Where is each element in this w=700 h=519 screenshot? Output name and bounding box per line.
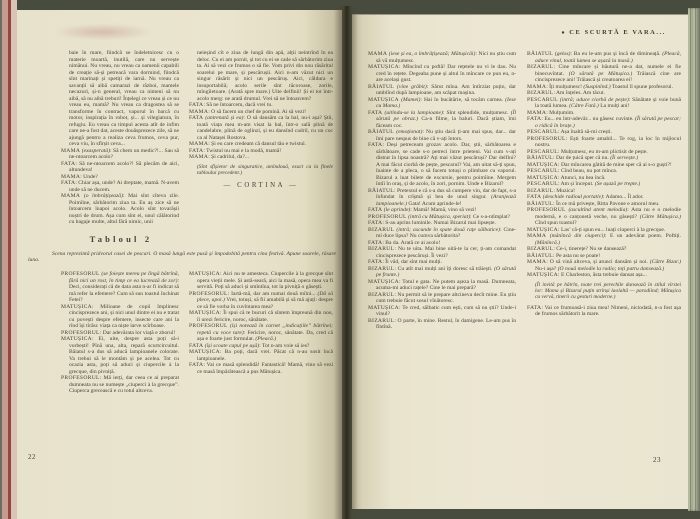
- speaker-name: PESCARUL: [527, 97, 558, 103]
- speaker-name: BĂIATUL: [527, 201, 553, 207]
- dialogue-entry: MAMA: Și cadrilul, da?...: [189, 154, 333, 161]
- running-header-title: CE SCURTĂ E VARA...: [569, 29, 666, 36]
- dialogue-entry: BIZARUL: Nu permit să le prepare altcine…: [368, 292, 516, 305]
- speaker-name: BIZARUL: [368, 266, 394, 272]
- dialogue-entry: MATUȘICA: Îi spui că te bucuri că sîntem…: [189, 310, 333, 323]
- speaker-name: MAMA: [527, 110, 546, 116]
- cover-edge: [0, 0, 17, 519]
- dialogue-entry: MAMA (o îmbrățișează): Mai sînt cîteva z…: [61, 193, 179, 226]
- speaker-name: BĂIATUL: [368, 188, 394, 194]
- dialogue-entry: FATA: Să ne-ntoarcem acolo?! Să plecăm d…: [61, 161, 179, 174]
- dialogue-list: MATUȘICA: Aici nu te amesteca. Ciupercil…: [189, 271, 333, 375]
- dialogue-entry: MAMA (iese și ea, o îmbrățișează; Mătuși…: [368, 51, 516, 64]
- speaker-name: MATUȘICA: [527, 272, 558, 278]
- dialogue-entry: MAMA (exasperată): Să chem un medic?!...…: [61, 148, 179, 161]
- monologue-continuation: neieșind cît e ziua de lungă din apă, al…: [197, 50, 333, 102]
- speaker-name: PROFESORUL: [61, 271, 100, 277]
- speaker-name: BĂIATUL: [527, 253, 553, 259]
- header-bullet-icon: ●: [561, 30, 566, 36]
- dialogue-entry: PROFESORUL (își notează în carnet „indic…: [189, 323, 333, 343]
- speaker-name: PESCARUL: [527, 181, 558, 187]
- speaker-name: PROFESORUL: [189, 323, 228, 329]
- dialogue-entry: BIZARUL: O parte, în mine. Restul, în da…: [368, 318, 516, 331]
- dialogue-entry: BIZARUL (intră; ascunde în spate două ra…: [368, 227, 516, 240]
- page-number-left: 22: [28, 453, 36, 461]
- speaker-name: PROFESORUL: [527, 207, 566, 213]
- stage-direction: Scena reprezintă pridvorul casei de pesc…: [28, 251, 336, 265]
- speaker-name: FATA: [368, 207, 382, 213]
- scene-heading: Tabloul 2: [75, 234, 167, 244]
- right-page: ●CE SCURTĂ E VARA... MAMA (iese și ea, o…: [352, 14, 688, 509]
- speaker-name: MATUȘICA: [189, 310, 220, 316]
- stage-note: (Sînt sfîșietor de singuratice, amîndouă…: [197, 164, 333, 177]
- dialogue-entry: BĂIATUL (vine grăbit): Sărut mîna. Am în…: [368, 84, 516, 97]
- dialogue-entry: MAMA (mănîncă din ciuperci): E un adevăr…: [527, 233, 681, 246]
- dialogue-entry: MATUȘICA: E Charleston, ăsta trebuie dan…: [527, 272, 681, 279]
- speaker-name: MAMA: [527, 259, 546, 265]
- dialogue-list: FATA: Să ne întoarcem, dacă vrei tu.MAMA…: [189, 102, 333, 161]
- dialogue-list: FATA: Vai ce frumoasă-i ziua mea! Nimeni…: [527, 305, 681, 318]
- speaker-name: FATA: [368, 142, 382, 148]
- library-stamp: [55, 24, 151, 40]
- speaker-name: FATA: [368, 240, 382, 246]
- dialogue-list: BĂIATUL (gelos): Ba eu le-am pus și încă…: [527, 51, 681, 279]
- speaker-name: BIZARUL: [368, 292, 394, 298]
- speaker-name: FATA: [189, 115, 203, 121]
- running-header: ●CE SCURTĂ E VARA...: [561, 29, 666, 36]
- speaker-name: MATUȘICA: [61, 304, 92, 310]
- dialogue-entry: MATUȘICA: Mîncînd cu poftă! Dar rețetele…: [368, 64, 516, 84]
- dialogue-list: MAMA (iese și ea, o îmbrățișează; Mătuși…: [368, 51, 516, 331]
- speaker-name: FATA: [189, 362, 203, 368]
- speaker-name: PROFESORUL: [189, 291, 228, 297]
- speaker-name: MAMA: [189, 109, 208, 115]
- speaker-name: PESCARUL: [527, 168, 558, 174]
- speaker-name: BĂIATUL: [368, 84, 394, 90]
- dialogue-entry: MATUȘICA: Ei, uite, despre asta poți să-…: [61, 336, 179, 375]
- left-page: baie în mare, fiindcă se îndeletnicesc c…: [17, 10, 342, 519]
- speaker-name: BIZARUL: [527, 246, 553, 252]
- dialogue-entry: FATA (uitîndu-se la lampioane): Sînt spl…: [368, 110, 516, 130]
- speaker-name: MAMA: [527, 84, 546, 90]
- speaker-name: MAMA: [189, 141, 208, 147]
- speaker-name: FATA: [189, 148, 203, 154]
- speaker-name: BIZARUL: [527, 90, 553, 96]
- speaker-name: MAMA: [368, 51, 387, 57]
- speaker-name: MATUȘICA: [368, 64, 399, 70]
- speaker-name: FATA: [61, 180, 75, 186]
- left-column-1: baie în mare, fiindcă se îndeletnicesc c…: [61, 50, 179, 226]
- speaker-name: FATA: [368, 110, 382, 116]
- speaker-name: FATA: [368, 259, 382, 265]
- left-column-2-scene2: MATUȘICA: Aici nu te amesteca. Ciupercil…: [189, 271, 333, 375]
- speaker-name: MATUȘICA: [61, 336, 92, 342]
- speaker-name: MAMA: [189, 154, 208, 160]
- dialogue-entry: MATUȘICA: Te cred, sălbatic cum ești, cu…: [368, 305, 516, 318]
- dialogue-entry: BIZARUL: Cine mîncare și băutură ne-a da…: [527, 64, 681, 84]
- speaker-name: FATA: [189, 343, 203, 349]
- dialogue-entry: FATA: Chiar așa, unde? Ai dreptate, mamă…: [61, 180, 179, 193]
- dialogue-entry: MAMA: O să vină altceva, și atunci dansă…: [527, 259, 681, 272]
- page-stack-edge: [688, 8, 700, 511]
- speaker-name: MATUȘICA: [527, 227, 558, 233]
- speaker-name: PESCARUL: [527, 129, 558, 135]
- dialogue-entry: PROFESORUL (ascultînd atent melodia): As…: [527, 207, 681, 227]
- right-column-1: MAMA (iese și ea, o îmbrățișează; Mătuși…: [368, 51, 516, 331]
- speaker-name: BIZARUL: [368, 318, 394, 324]
- left-column-2: neieșind cît e ziua de lungă din apă, al…: [189, 50, 333, 190]
- speaker-name: FATA: [527, 305, 541, 311]
- dialogue-entry: PESCARUL (intră; aduce ciorbă de pește):…: [527, 97, 681, 110]
- dialogue-entry: MATUȘICA: Totul e gata. Ne putem așeza l…: [368, 279, 516, 292]
- right-page-text: MAMA (iese și ea, o îmbrățișează; Mătuși…: [368, 51, 681, 331]
- speaker-name: MAMA: [61, 174, 80, 180]
- speaker-name: FATA: [527, 194, 541, 200]
- curtain-marker: — CORTINA —: [189, 183, 333, 190]
- speaker-name: BĂIATUL: [527, 51, 553, 57]
- speaker-name: PESCARUL: [527, 149, 558, 155]
- speaker-name: MATUȘICA: [527, 175, 558, 181]
- speaker-name: PROFESORUL: [527, 136, 566, 142]
- dialogue-entry: MATUȘICA (Mamei): Hai în bucătărie, să t…: [368, 97, 516, 110]
- speaker-name: FATA: [527, 116, 541, 122]
- dialogue-entry: FATA (antrenată și ea): O să dansăm ca l…: [189, 115, 333, 141]
- speaker-name: MATUȘICA: [189, 271, 220, 277]
- dialogue-list: MAMA (exasperată): Să chem un medic?!...…: [61, 148, 179, 226]
- dialogue-entry: BIZARUL: Cu atît mai mulți ani îți dores…: [368, 266, 516, 279]
- speaker-name: PROFESORUL: [368, 214, 407, 220]
- dialogue-entry: MATUȘICA: Aici nu te amesteca. Ciupercil…: [189, 271, 333, 291]
- dialogue-entry: FATA: Vai ce frumoasă-i ziua mea! Nimeni…: [527, 305, 681, 318]
- speaker-name: FATA: [61, 161, 75, 167]
- dialogue-entry: PROFESORUL: Iartă-mă, dar am numai două …: [189, 291, 333, 311]
- dialogue-entry: BĂIATUL (emoționat): Nu știu dacă ți-am …: [368, 129, 516, 142]
- speaker-name: MATUȘICA: [368, 97, 399, 103]
- dialogue-entry: PROFESORUL (se foiește mereu pe lîngă bă…: [61, 271, 179, 304]
- speaker-name: PROFESORUL: [61, 375, 100, 381]
- speaker-name: BIZARUL: [368, 227, 394, 233]
- dialogue-entry: BIZARUL: Nu te uita. Mai bine uită-te la…: [368, 246, 516, 259]
- scene2-columns: PROFESORUL (se foiește mereu pe lîngă bă…: [61, 271, 333, 395]
- dialogue-entry: MATUȘICA: Milioane de copii împlinesc ci…: [61, 304, 179, 330]
- speaker-name: FATA: [189, 102, 203, 108]
- book-spread: baie în mare, fiindcă se îndeletnicesc c…: [0, 0, 700, 519]
- right-column-2: BĂIATUL (gelos): Ba eu le-am pus și încă…: [527, 51, 681, 318]
- speaker-name: FATA: [368, 220, 382, 226]
- speaker-name: BĂIATUL: [527, 155, 553, 161]
- dialogue-entry: FATA: Vai ce masă splendidă! Fantastică!…: [189, 362, 333, 375]
- page-number-right: 23: [653, 456, 661, 464]
- scene1-columns: baie în mare, fiindcă se îndeletnicesc c…: [61, 50, 333, 226]
- speaker-name: BIZARUL: [527, 188, 553, 194]
- right-columns: MAMA (iese și ea, o îmbrățișează; Mătuși…: [368, 51, 681, 331]
- dialogue-entry: PROFESORUL: Ești foarte amabil... Te rog…: [527, 136, 681, 149]
- speaker-name: MATUȘICA: [527, 162, 558, 168]
- speaker-name: MATUȘICA: [368, 305, 399, 311]
- dialogue-entry: FATA: Deși petreceam grozav acolo. Dar, …: [368, 142, 516, 188]
- left-page-text: baie în mare, fiindcă se îndeletnicesc c…: [61, 50, 333, 395]
- left-column-1-scene2: PROFESORUL (se foiește mereu pe lîngă bă…: [61, 271, 179, 395]
- dialogue-entry: BĂIATUL (gelos): Ba eu le-am pus și încă…: [527, 51, 681, 64]
- speaker-name: MATUȘICA: [189, 349, 220, 355]
- speaker-name: PROFESORUL: [61, 330, 100, 336]
- dialogue-entry: BĂIATUL: Pretextul e că s-a dus să cumpe…: [368, 188, 516, 208]
- dialogue-entry: MATUȘICA: Ba poți, dacă vrei. Păcat că n…: [189, 349, 333, 362]
- speaker-name: MAMA: [61, 193, 80, 199]
- speaker-name: MAMA: [527, 233, 546, 239]
- speaker-name: MATUȘICA: [368, 279, 399, 285]
- speaker-name: BIZARUL: [368, 246, 394, 252]
- dialogue-entry: PROFESORUL: Mă ierți, dar ceea ce ai pre…: [61, 375, 179, 395]
- dialogue-list: PROFESORUL (se foiește mereu pe lîngă bă…: [61, 271, 179, 395]
- speaker-name: BIZARUL: [527, 64, 553, 70]
- speaker-name: BĂIATUL: [368, 129, 394, 135]
- dialogue-entry: FATA: Eu... eu într-adevăr... nu găsesc …: [527, 116, 681, 129]
- stage-note: (Îl invită pe bătrîn, toate trei perechi…: [535, 282, 681, 301]
- speaker-name: MAMA: [61, 148, 80, 154]
- monologue-continuation: baie în mare, fiindcă se îndeletnicesc c…: [69, 50, 179, 148]
